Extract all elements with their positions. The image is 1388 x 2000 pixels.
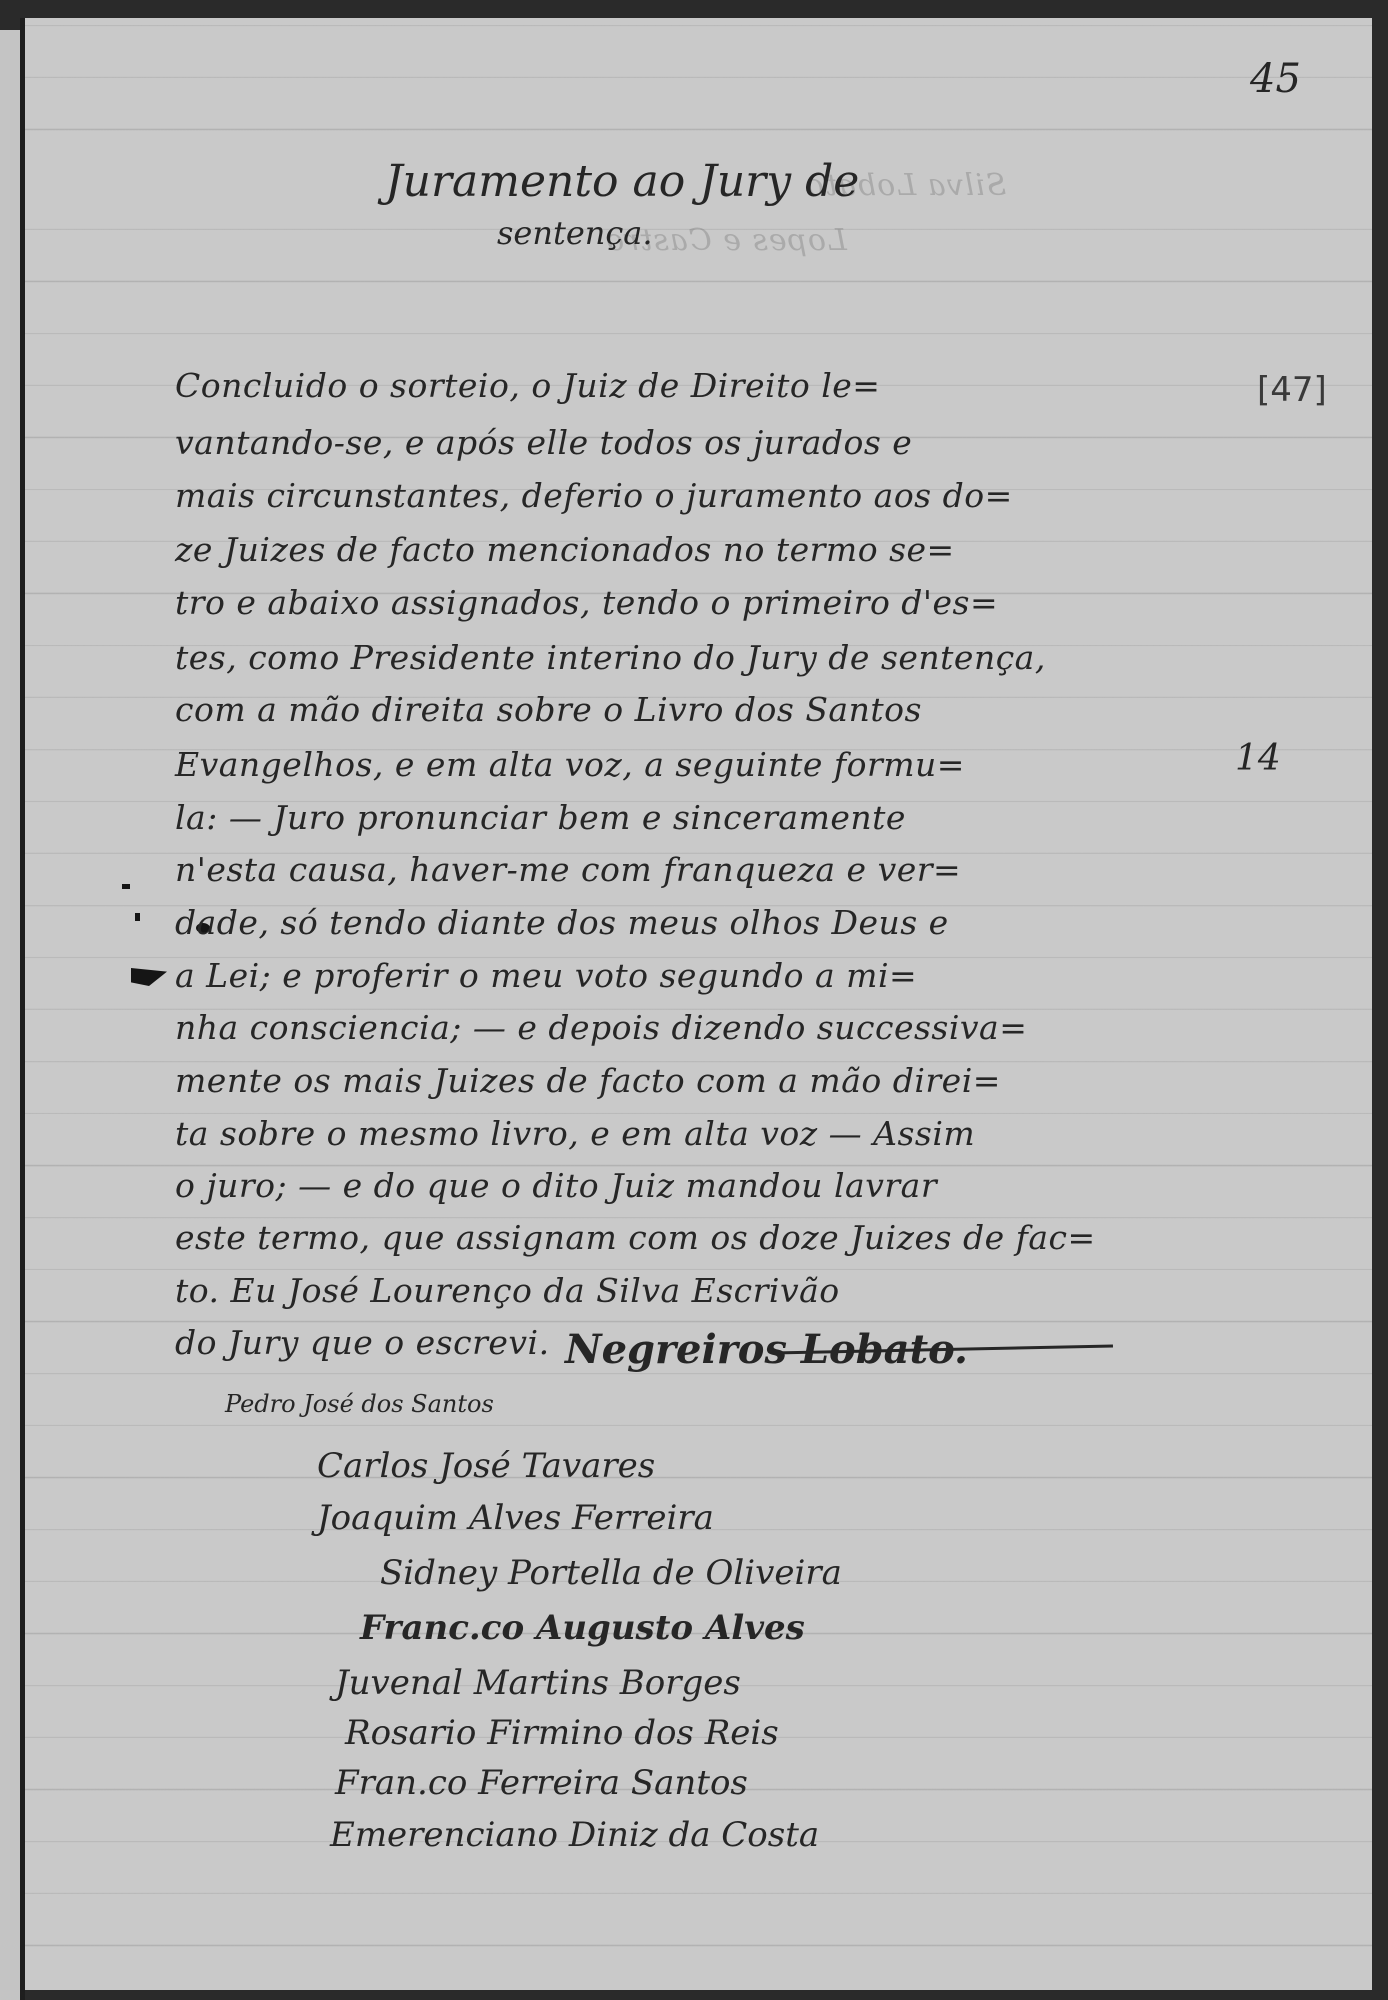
body-line: do Jury que o escrevi. xyxy=(175,1323,550,1362)
juror-signature: Emerenciano Diniz da Costa xyxy=(330,1815,819,1855)
body-line: com a mão direita sobre o Livro dos Sant… xyxy=(175,690,922,729)
body-line: mente os mais Juizes de facto com a mão … xyxy=(175,1061,1001,1100)
body-line: n'esta causa, haver-me com franqueza e v… xyxy=(175,850,961,889)
body-line: vantando-se, e após elle todos os jurado… xyxy=(175,423,912,462)
juror-signature: Joaquim Alves Ferreira xyxy=(317,1498,714,1538)
manuscript-page: Silva Lobato Lopes e Castro 45 Juramento… xyxy=(25,18,1372,1990)
body-line: o juro; — e do que o dito Juiz mandou la… xyxy=(175,1166,937,1205)
juror-signature: Pedro José dos Santos xyxy=(225,1390,494,1418)
body-line: ze Juizes de facto mencionados no termo … xyxy=(175,530,955,569)
body-line: a Lei; e proferir o meu voto segundo a m… xyxy=(175,956,917,995)
ink-blot xyxy=(131,968,167,986)
body-text: Concluido o sorteio, o Juiz de Direito l… xyxy=(175,18,1275,1318)
body-line: tro e abaixo assignados, tendo o primeir… xyxy=(175,583,998,622)
juror-signature: Juvenal Martins Borges xyxy=(335,1663,741,1703)
body-line: ta sobre o mesmo livro, e em alta voz — … xyxy=(175,1114,975,1153)
body-line: la: — Juro pronunciar bem e sinceramente xyxy=(175,798,906,837)
juror-signature: Sidney Portella de Oliveira xyxy=(380,1553,842,1593)
juror-signature: Franc.co Augusto Alves xyxy=(360,1608,805,1648)
body-line: nha consciencia; — e depois dizendo succ… xyxy=(175,1008,1027,1047)
juror-signature: Carlos José Tavares xyxy=(317,1446,655,1486)
body-line: mais circunstantes, deferio o juramento … xyxy=(175,476,1013,515)
juror-signature: Fran.co Ferreira Santos xyxy=(335,1763,748,1803)
body-line: tes, como Presidente interino do Jury de… xyxy=(175,638,1046,677)
body-line: Evangelhos, e em alta voz, a seguinte fo… xyxy=(175,745,965,784)
body-line: to. Eu José Lourenço da Silva Escrivão xyxy=(175,1271,840,1310)
ink-blot xyxy=(135,913,140,921)
ink-blot xyxy=(122,884,130,889)
juror-signature: Rosario Firmino dos Reis xyxy=(345,1713,779,1753)
adjacent-page-edge xyxy=(0,30,20,2000)
body-line: Concluido o sorteio, o Juiz de Direito l… xyxy=(175,366,880,405)
body-line: dade, só tendo diante dos meus olhos Deu… xyxy=(175,903,949,942)
body-line: este termo, que assignam com os doze Jui… xyxy=(175,1218,1096,1257)
